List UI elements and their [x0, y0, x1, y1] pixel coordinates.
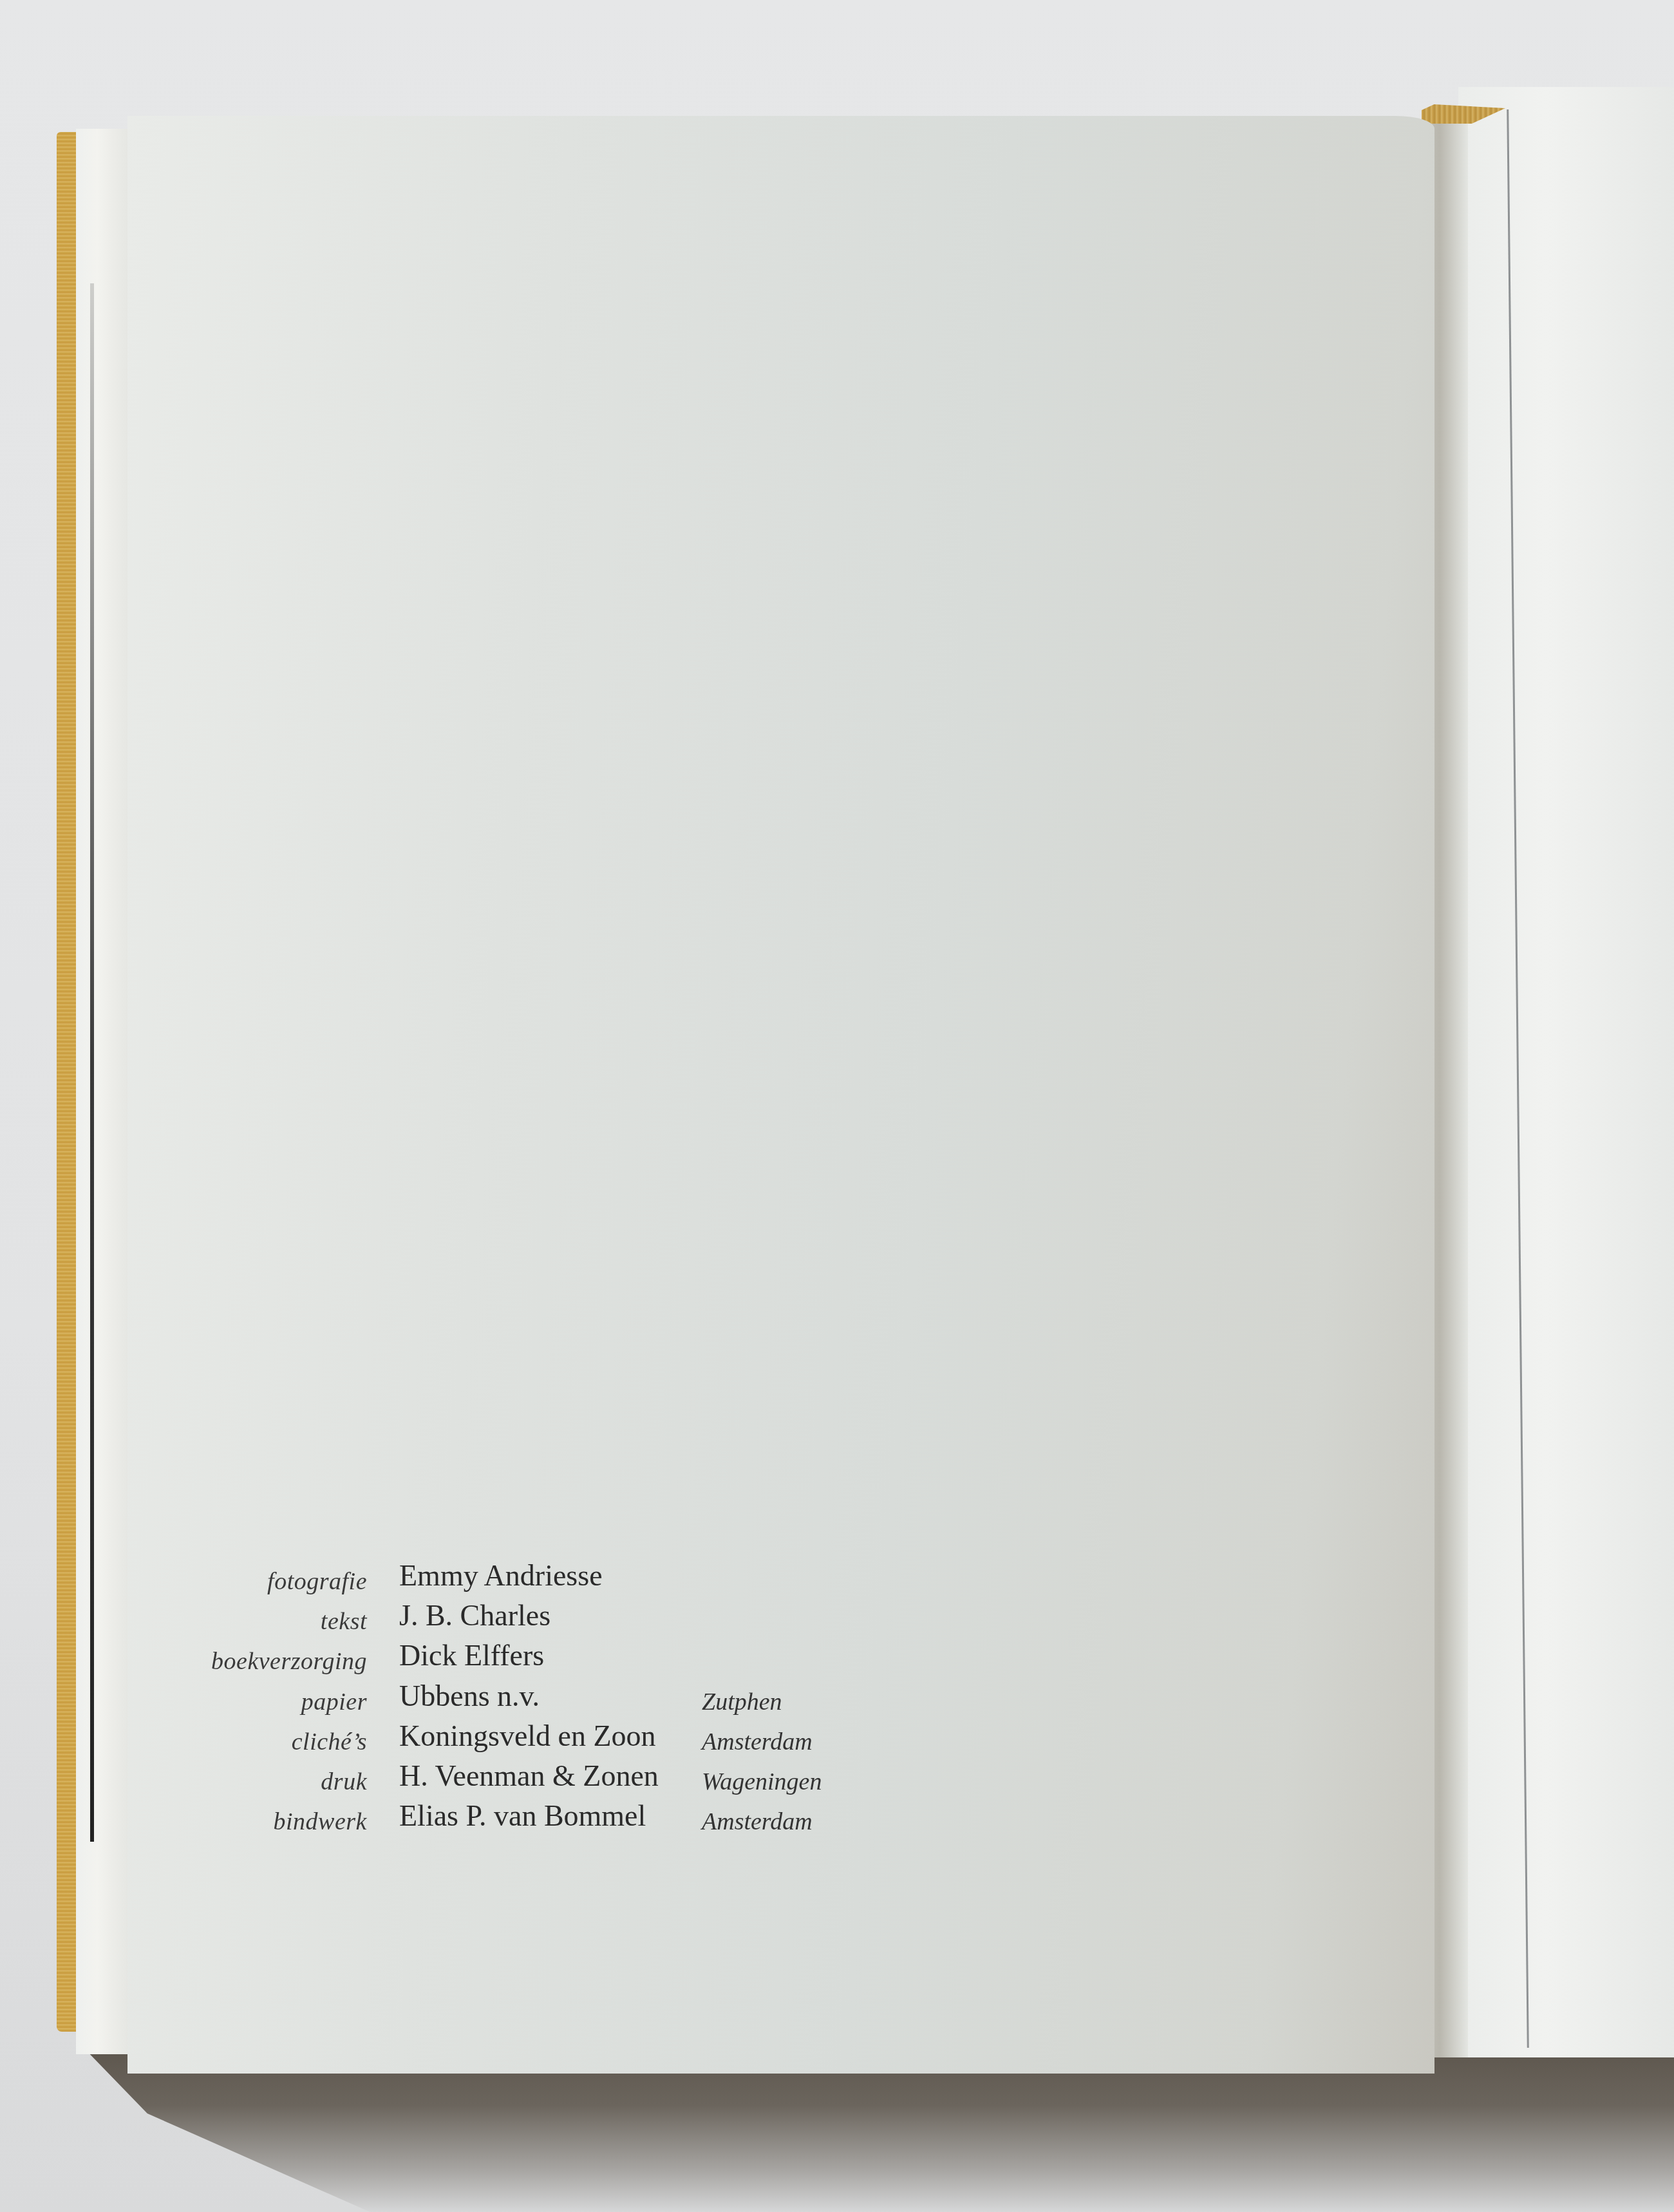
colophon-name: H. Veenman & Zonen — [399, 1759, 659, 1793]
colophon-name: Emmy Andriesse — [399, 1558, 603, 1593]
colophon-role: papier — [301, 1688, 367, 1716]
colophon-role: fotografie — [267, 1567, 367, 1596]
colophon-row: cliché’s Koningsveld en Zoon Amsterdam — [0, 1719, 901, 1759]
colophon-city: Amsterdam — [702, 1808, 813, 1836]
colophon-role: druk — [321, 1768, 367, 1796]
colophon-row: fotografie Emmy Andriesse — [0, 1558, 901, 1598]
colophon-row: boekverzorging Dick Elffers — [0, 1638, 901, 1678]
colophon-role: bindwerk — [274, 1808, 367, 1836]
colophon-role: cliché’s — [292, 1728, 367, 1756]
colophon-role: boekverzorging — [211, 1647, 367, 1676]
colophon-name: J. B. Charles — [399, 1598, 550, 1632]
colophon-role: tekst — [321, 1607, 367, 1636]
colophon-name: Elias P. van Bommel — [399, 1799, 646, 1833]
colophon-name: Koningsveld en Zoon — [399, 1719, 656, 1753]
colophon-name: Ubbens n.v. — [399, 1679, 540, 1713]
colophon-row: tekst J. B. Charles — [0, 1598, 901, 1638]
colophon-row: druk H. Veenman & Zonen Wageningen — [0, 1759, 901, 1799]
colophon-city: Zutphen — [702, 1688, 782, 1716]
right-page — [1458, 87, 1674, 2057]
colophon-row: papier Ubbens n.v. Zutphen — [0, 1679, 901, 1719]
colophon-city: Amsterdam — [702, 1728, 813, 1756]
colophon-name: Dick Elffers — [399, 1638, 544, 1672]
colophon-city: Wageningen — [702, 1768, 822, 1796]
colophon-row: bindwerk Elias P. van Bommel Amsterdam — [0, 1799, 901, 1839]
